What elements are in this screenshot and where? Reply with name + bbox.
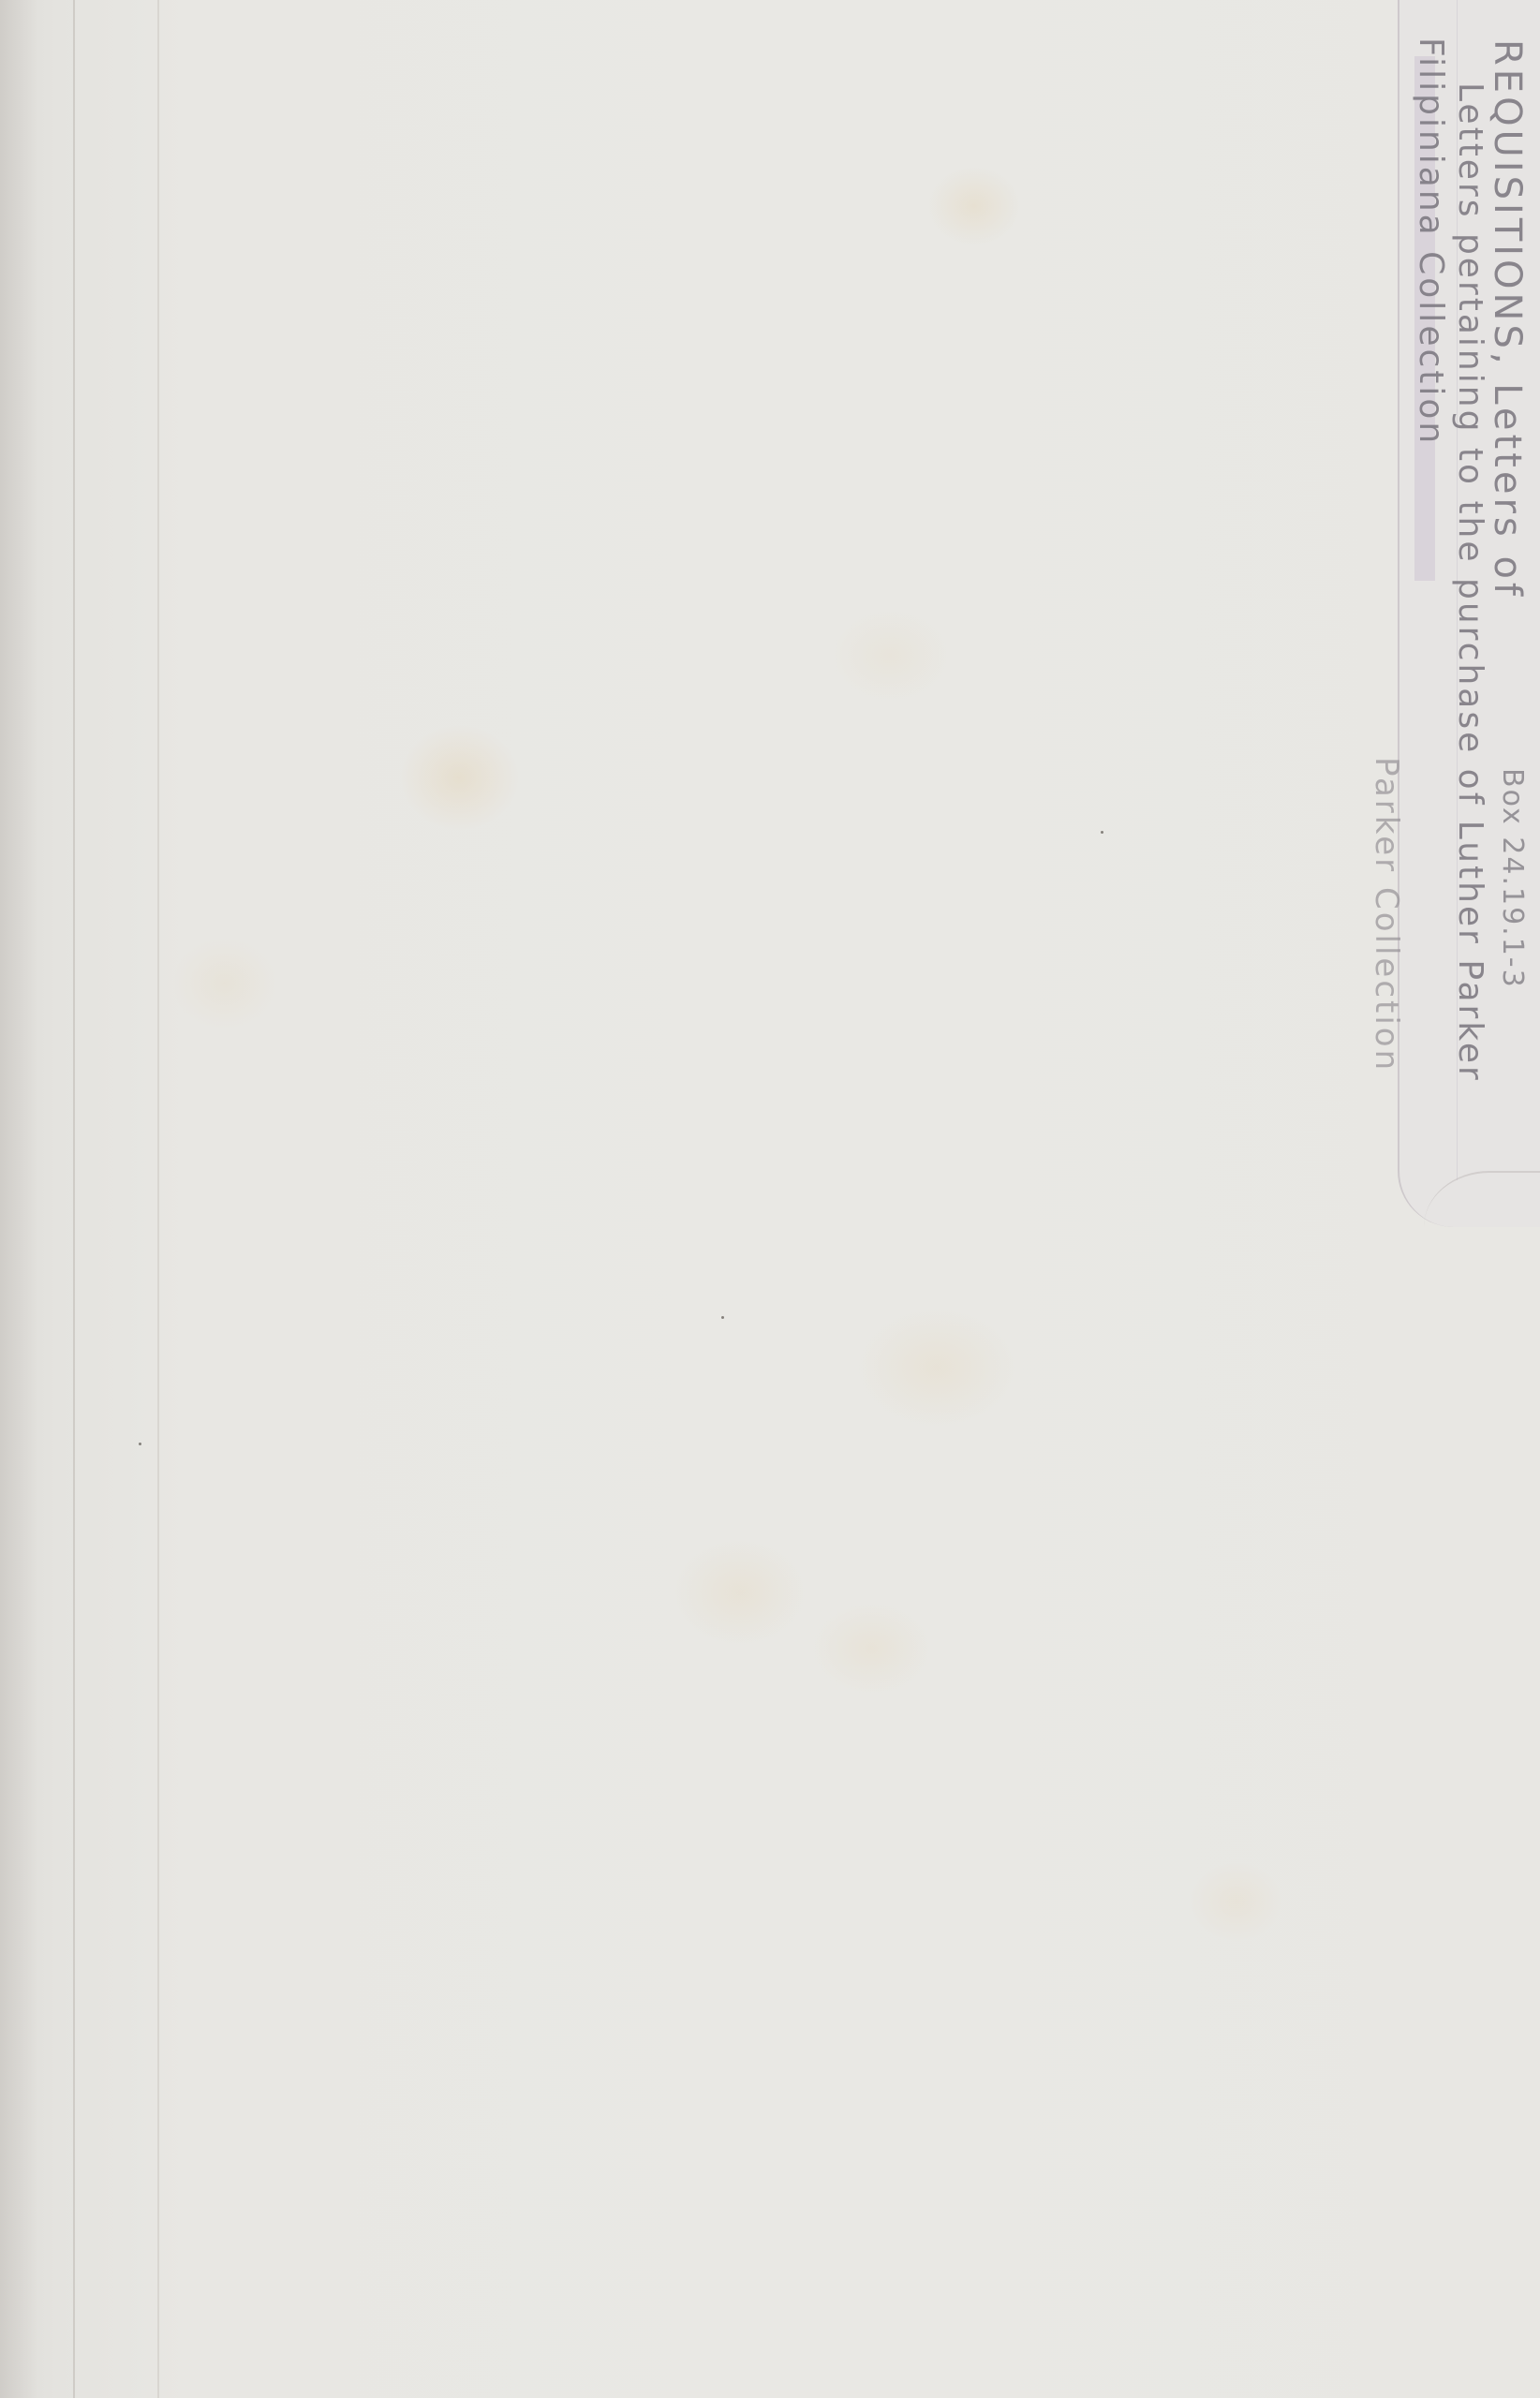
- tab-label-description: Letters pertaining to the purchase of Lu…: [1451, 82, 1489, 1083]
- paper-speck: [1101, 831, 1103, 834]
- tab-label-title: REQUISITIONS, Letters of: [1486, 39, 1529, 599]
- paper-speck: [139, 1443, 141, 1445]
- paper-speck: [721, 1316, 724, 1319]
- file-folder: REQUISITIONS, Letters of Letters pertain…: [0, 0, 1540, 2398]
- folder-crease-line: [73, 0, 75, 2398]
- folder-edge-shadow: [0, 0, 37, 2398]
- box-reference: Box 24.19.1-3: [1496, 768, 1529, 989]
- folder-note: Parker Collection: [1368, 757, 1405, 1073]
- folder-crease-line: [157, 0, 159, 2398]
- tab-label-collection: Filipiniana Collection: [1412, 37, 1450, 446]
